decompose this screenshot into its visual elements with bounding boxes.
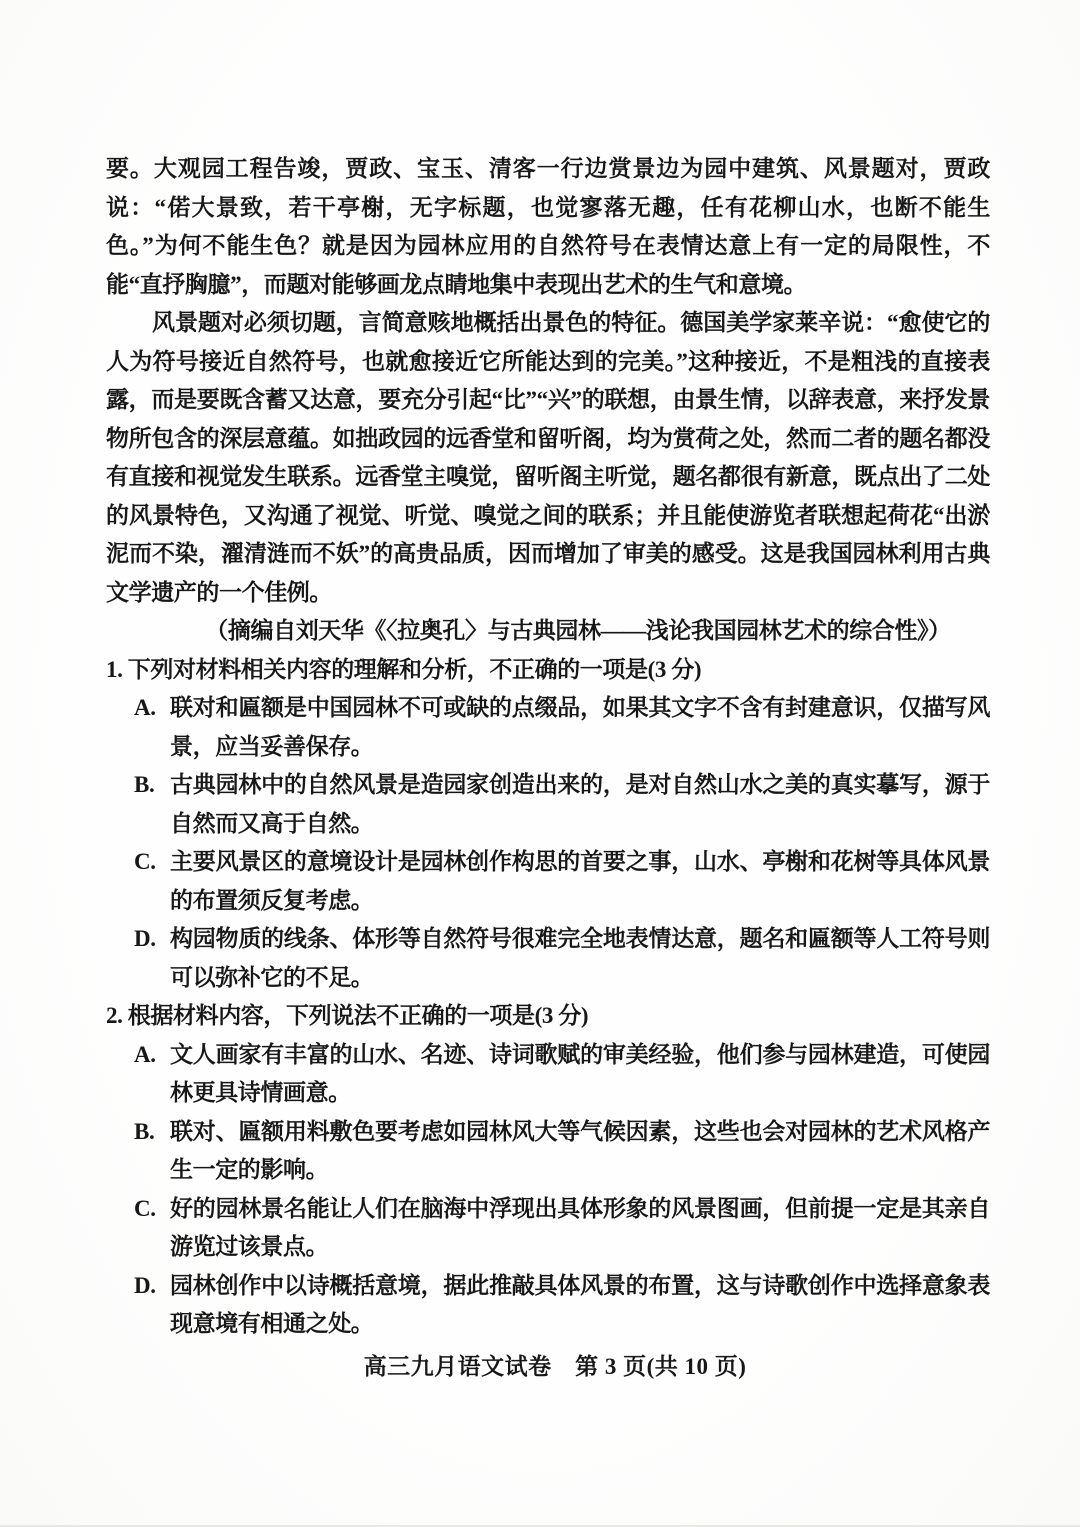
question-1-option-a: A. 联对和匾额是中国园林不可或缺的点缀品，如果其文字不含有封建意识，仅描写风景… xyxy=(134,689,990,766)
question-2-option-c: C. 好的园林景名能让人们在脑海中浮现出具体形象的风景图画，但前提一定是其亲自游… xyxy=(134,1190,990,1267)
option-text: 联对和匾额是中国园林不可或缺的点缀品，如果其文字不含有封建意识，仅描写风景，应当… xyxy=(170,689,990,766)
source-attribution: （摘编自刘天华《〈拉奥孔〉与古典园林——浅论我国园林艺术的综合性》） xyxy=(106,612,990,651)
passage-paragraph-1: 要。大观园工程告竣，贾政、宝玉、清客一行边赏景边为园中建筑、风景题对，贾政说：“… xyxy=(106,150,990,304)
option-label: A. xyxy=(134,689,170,766)
page-footer: 高三九月语文试卷 第 3 页(共 10 页) xyxy=(0,1348,1080,1386)
question-2: 2. 根据材料内容，下列说法不正确的一项是(3 分) A. 文人画家有丰富的山水… xyxy=(106,997,990,1344)
option-text: 古典园林中的自然风景是造园家创造出来的，是对自然山水之美的真实摹写，源于自然而又… xyxy=(170,766,990,843)
option-text: 文人画家有丰富的山水、名迹、诗词歌赋的审美经验，他们参与园林建造，可使园林更具诗… xyxy=(170,1036,990,1113)
option-text: 联对、匾额用料敷色要考虑如园林风大等气候因素，这些也会对园林的艺术风格产生一定的… xyxy=(170,1113,990,1190)
passage-paragraph-2: 风景题对必须切题，言简意赅地概括出景色的特征。德国美学家莱辛说：“愈使它的人为符… xyxy=(106,304,990,612)
option-text: 园林创作中以诗概括意境，据此推敲具体风景的布置，这与诗歌创作中选择意象表现意境有… xyxy=(170,1267,990,1344)
question-2-option-d: D. 园林创作中以诗概括意境，据此推敲具体风景的布置，这与诗歌创作中选择意象表现… xyxy=(134,1267,990,1344)
option-label: B. xyxy=(134,1113,170,1190)
question-2-option-b: B. 联对、匾额用料敷色要考虑如园林风大等气候因素，这些也会对园林的艺术风格产生… xyxy=(134,1113,990,1190)
option-text: 主要风景区的意境设计是园林创作构思的首要之事，山水、亭榭和花树等具体风景的布置须… xyxy=(170,843,990,920)
option-label: C. xyxy=(134,1190,170,1267)
option-text: 构园物质的线条、体形等自然符号很难完全地表情达意，题名和匾额等人工符号则可以弥补… xyxy=(170,920,990,997)
option-label: A. xyxy=(134,1036,170,1113)
option-label: C. xyxy=(134,843,170,920)
option-label: D. xyxy=(134,920,170,997)
question-2-option-a: A. 文人画家有丰富的山水、名迹、诗词歌赋的审美经验，他们参与园林建造，可使园林… xyxy=(134,1036,990,1113)
option-label: B. xyxy=(134,766,170,843)
option-text: 好的园林景名能让人们在脑海中浮现出具体形象的风景图画，但前提一定是其亲自游览过该… xyxy=(170,1190,990,1267)
question-1-option-b: B. 古典园林中的自然风景是造园家创造出来的，是对自然山水之美的真实摹写，源于自… xyxy=(134,766,990,843)
question-1-option-c: C. 主要风景区的意境设计是园林创作构思的首要之事，山水、亭榭和花树等具体风景的… xyxy=(134,843,990,920)
exam-page-scan: 要。大观园工程告竣，贾政、宝玉、清客一行边赏景边为园中建筑、风景题对，贾政说：“… xyxy=(0,0,1080,1527)
question-1-stem: 1. 下列对材料相关内容的理解和分析，不正确的一项是(3 分) xyxy=(106,651,990,690)
question-1: 1. 下列对材料相关内容的理解和分析，不正确的一项是(3 分) A. 联对和匾额… xyxy=(106,651,990,998)
question-2-stem: 2. 根据材料内容，下列说法不正确的一项是(3 分) xyxy=(106,997,990,1036)
option-label: D. xyxy=(134,1267,170,1344)
question-1-option-d: D. 构园物质的线条、体形等自然符号很难完全地表情达意，题名和匾额等人工符号则可… xyxy=(134,920,990,997)
text-block: 要。大观园工程告竣，贾政、宝玉、清客一行边赏景边为园中建筑、风景题对，贾政说：“… xyxy=(106,150,990,1344)
